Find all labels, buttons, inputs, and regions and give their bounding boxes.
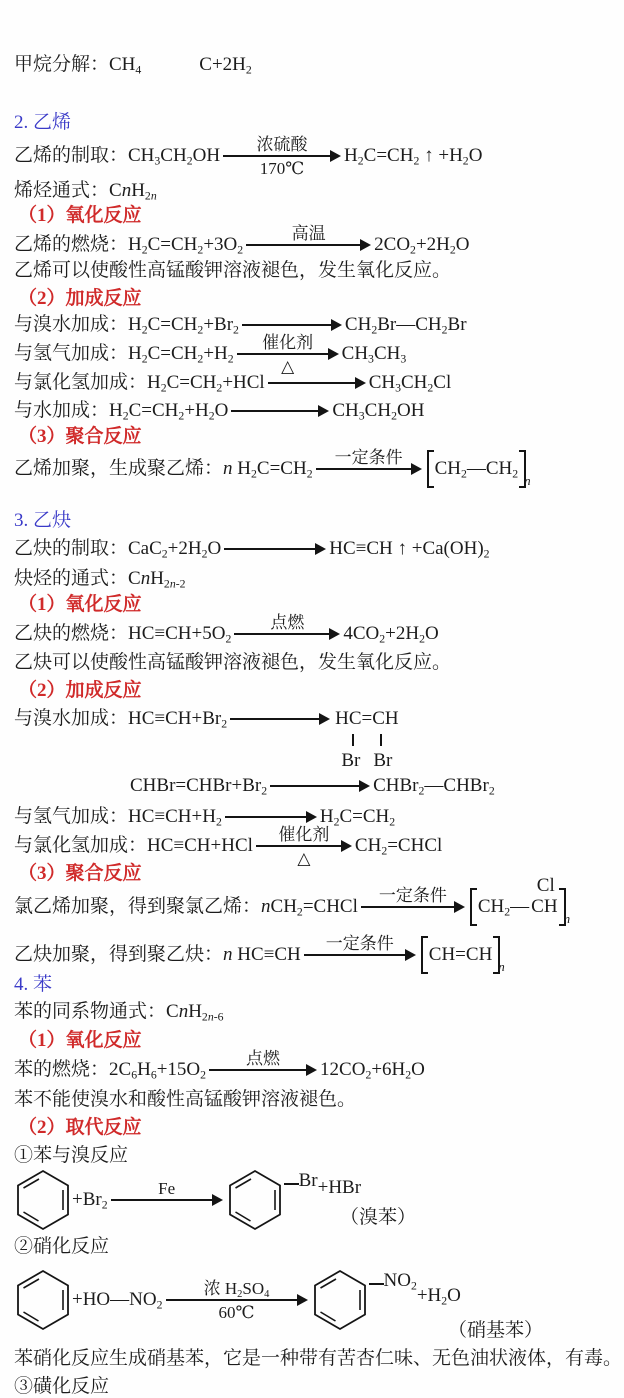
bracket-left bbox=[427, 450, 434, 488]
benzene-ring-icon bbox=[14, 1268, 72, 1332]
formula-text: CH3CH3 bbox=[342, 341, 407, 367]
arrow-condition-above: 催化剂 bbox=[278, 825, 329, 844]
arrow-condition-above: 点燃 bbox=[270, 613, 304, 632]
arrow-condition-above: 点燃 bbox=[246, 1049, 280, 1068]
formula-text: 与氢气加成：HC≡CH+H2 bbox=[14, 804, 222, 830]
line-alkyne-general-formula: 炔烃的通式：CnH2n-2 bbox=[14, 566, 186, 592]
formula-text: 甲烷分解：CH4 bbox=[14, 52, 141, 78]
bottom-atom: Br bbox=[341, 748, 360, 774]
formula-text: 乙炔的制取：CaC2+2H2O bbox=[14, 536, 221, 562]
bracket-left bbox=[421, 936, 428, 974]
reaction-arrow bbox=[270, 780, 370, 792]
line-nitrobenzene-note: 苯硝化反应生成硝基苯，它是一种带有苦杏仁味、无色油状液体，有毒。 bbox=[14, 1346, 622, 1372]
line-benzene-kmno4-note: 苯不能使溴水和酸性高锰酸钾溶液褪色。 bbox=[14, 1087, 356, 1113]
line-acetylene-combustion: 乙炔的燃烧：HC≡CH+5O2点燃4CO2+2H2O bbox=[14, 621, 439, 647]
unit-formula: CH=CH bbox=[429, 944, 493, 965]
formula-text: ①苯与溴反应 bbox=[14, 1143, 128, 1169]
arrow-shaft bbox=[225, 816, 308, 818]
arrow-head bbox=[306, 811, 317, 823]
arrow-head bbox=[454, 901, 465, 913]
unit-formula: CH2—CH2 bbox=[435, 458, 519, 479]
reaction-arrow: 一定条件 bbox=[316, 463, 422, 475]
heading-oxidation-reaction-ethylene: （1）氧化反应 bbox=[18, 203, 142, 229]
structure-dibromoethene: HC=CHBrBr bbox=[335, 706, 399, 774]
formula-text: 乙烯的燃烧：H2C=CH2+3O2 bbox=[14, 232, 243, 258]
polymer-bracket: CH2—CH2n bbox=[427, 450, 533, 488]
reaction-arrow bbox=[242, 319, 342, 331]
section-heading-text: 3. 乙炔 bbox=[14, 508, 71, 534]
formula-text: 4CO2+2H2O bbox=[343, 621, 438, 647]
line-methane-decomposition: 甲烷分解：CH4C+2H2 bbox=[14, 52, 252, 78]
line-ethylene-water-addition: 与水加成：H2C=CH2+H2OCH3CH2OH bbox=[14, 398, 424, 424]
vertical-bonds bbox=[352, 734, 382, 746]
bracket-subscript: n bbox=[498, 954, 505, 980]
arrow-condition-below: 60℃ bbox=[218, 1303, 254, 1322]
heading-polymerization-ethylene: （3）聚合反应 bbox=[18, 424, 142, 450]
line-benzene-bromination: +Br2FeBr+HBr bbox=[14, 1168, 361, 1232]
reaction-arrow: 一定条件 bbox=[361, 901, 465, 913]
arrow-shaft bbox=[234, 633, 331, 635]
formula-text: 乙炔的燃烧：HC≡CH+5O2 bbox=[14, 621, 231, 647]
line-acetylene-hcl-addition: 与氯化氢加成：HC≡CH+HCl催化剂△CH2=CHCl bbox=[14, 833, 442, 859]
arrow-condition-above: 一定条件 bbox=[335, 448, 403, 467]
line-dibromoethene-bromine-addition: CHBr=CHBr+Br2CHBr2—CHBr2 bbox=[130, 773, 495, 799]
formula-text: 与氯化氢加成：H2C=CH2+HCl bbox=[14, 370, 265, 396]
arrow-head bbox=[297, 1294, 308, 1306]
structure-top-formula: HC=CH bbox=[335, 706, 399, 732]
substituent-bond bbox=[369, 1283, 384, 1285]
heading-substitution-reaction-benzene: （2）取代反应 bbox=[18, 1115, 142, 1141]
line-polyacetylene: 乙炔加聚，得到聚乙炔：n HC≡CH一定条件CH=CHn bbox=[14, 936, 507, 974]
repeat-unit: ClCH bbox=[530, 894, 558, 920]
unit-formula: CH bbox=[531, 896, 557, 917]
line-acetylene-kmno4-note: 乙炔可以使酸性高锰酸钾溶液褪色，发生氧化反应。 bbox=[14, 650, 451, 676]
repeat-unit: CH=CH bbox=[428, 942, 494, 968]
arrow-head bbox=[306, 1064, 317, 1076]
formula-text: （溴苯） bbox=[340, 1205, 416, 1231]
arrow-head bbox=[329, 628, 340, 640]
formula-text: 苯的同系物通式：CnH2n-6 bbox=[14, 999, 224, 1025]
arrow-shaft bbox=[256, 845, 343, 847]
formula-text: 乙烯的制取：CH3CH2OH bbox=[14, 143, 220, 169]
formula-text: H2C=CH2 bbox=[320, 804, 395, 830]
arrow-shaft bbox=[270, 785, 361, 787]
benzene-ring-substituted: Br bbox=[226, 1168, 318, 1232]
heading-polymerization-acetylene: （3）聚合反应 bbox=[18, 861, 142, 887]
arrow-head bbox=[212, 1194, 223, 1206]
line-bromobenzene-label: （溴苯） bbox=[340, 1205, 416, 1231]
arrow-condition-above: 浓 H2SO4 bbox=[204, 1279, 270, 1298]
formula-text: ③磺化反应 bbox=[14, 1374, 109, 1398]
repeat-unit: CH2— bbox=[477, 894, 530, 920]
arrow-shaft bbox=[242, 324, 333, 326]
formula-text: +HBr bbox=[318, 1175, 361, 1201]
unit-formula: CH2— bbox=[478, 896, 529, 917]
arrow-head bbox=[355, 377, 366, 389]
formula-text: CH3CH2Cl bbox=[369, 370, 452, 396]
document-canvas: 甲烷分解：CH4C+2H22. 乙烯乙烯的制取：CH3CH2OH浓硫酸170℃H… bbox=[0, 0, 624, 1398]
arrow-head bbox=[318, 405, 329, 417]
section-heading-text: 2. 乙烯 bbox=[14, 110, 71, 136]
formula-text: CHBr=CHBr+Br2 bbox=[130, 773, 267, 799]
arrow-condition-above: 一定条件 bbox=[326, 934, 394, 953]
arrow-head bbox=[315, 543, 326, 555]
subheading-text: （3）聚合反应 bbox=[18, 424, 142, 450]
arrow-shaft bbox=[224, 548, 317, 550]
section-heading-text: 4. 苯 bbox=[14, 972, 52, 998]
benzene-ring-icon bbox=[226, 1168, 284, 1232]
arrow-shaft bbox=[316, 468, 413, 470]
subheading-text: （2）取代反应 bbox=[18, 1115, 142, 1141]
formula-text: 与水加成：H2C=CH2+H2O bbox=[14, 398, 228, 424]
arrow-shaft bbox=[231, 410, 320, 412]
formula-text: CH3CH2OH bbox=[332, 398, 424, 424]
reaction-arrow bbox=[230, 713, 330, 725]
pendant-group: Cl bbox=[537, 876, 555, 895]
line-acetylene-preparation: 乙炔的制取：CaC2+2H2OHC≡CH ↑ +Ca(OH)2 bbox=[14, 536, 490, 562]
formula-text: 苯硝化反应生成硝基苯，它是一种带有苦杏仁味、无色油状液体，有毒。 bbox=[14, 1346, 622, 1372]
formula-text: 苯不能使溴水和酸性高锰酸钾溶液褪色。 bbox=[14, 1087, 356, 1113]
arrow-shaft bbox=[237, 353, 330, 355]
formula-text: 乙炔可以使酸性高锰酸钾溶液褪色，发生氧化反应。 bbox=[14, 650, 451, 676]
arrow-shaft bbox=[209, 1069, 308, 1071]
line-alkene-general-formula: 烯烃通式：CnH2n bbox=[14, 178, 157, 204]
subheading-text: （2）加成反应 bbox=[18, 286, 142, 312]
heading-oxidation-reaction-acetylene: （1）氧化反应 bbox=[18, 592, 142, 618]
line-ethylene-combustion: 乙烯的燃烧：H2C=CH2+3O2高温2CO2+2H2O bbox=[14, 232, 470, 258]
arrow-head bbox=[331, 319, 342, 331]
reaction-arrow: 点燃 bbox=[209, 1064, 317, 1076]
pendant-label: Cl bbox=[537, 875, 555, 896]
arrow-head bbox=[319, 713, 330, 725]
arrow-head bbox=[359, 780, 370, 792]
arrow-shaft bbox=[246, 244, 362, 246]
formula-text: 与氢气加成：H2C=CH2+H2 bbox=[14, 341, 234, 367]
formula-text: 烯烃通式：CnH2n bbox=[14, 178, 157, 204]
formula-text: 氯乙烯加聚，得到聚氯乙烯：nCH2=CHCl bbox=[14, 894, 358, 920]
arrow-shaft bbox=[230, 718, 321, 720]
line-nitrobenzene-label: （硝基苯） bbox=[448, 1318, 543, 1344]
line-ethylene-hydrogen-addition: 与氢气加成：H2C=CH2+H2催化剂△CH3CH3 bbox=[14, 341, 406, 367]
reaction-arrow bbox=[231, 405, 329, 417]
arrow-shaft bbox=[166, 1299, 299, 1301]
formula-text: HC≡CH ↑ +Ca(OH)2 bbox=[329, 536, 489, 562]
formula-text: CHBr2—CHBr2 bbox=[373, 773, 495, 799]
heading-addition-reaction-acetylene: （2）加成反应 bbox=[18, 678, 142, 704]
reaction-arrow: Fe bbox=[111, 1194, 223, 1206]
heading-section-3-acetylene: 3. 乙炔 bbox=[14, 508, 71, 534]
reaction-arrow: 一定条件 bbox=[304, 949, 416, 961]
bracket-subscript: n bbox=[524, 468, 531, 494]
substituent-label: NO2 bbox=[384, 1271, 417, 1291]
bond-bar bbox=[380, 734, 382, 746]
formula-text: 与氯化氢加成：HC≡CH+HCl bbox=[14, 833, 253, 859]
arrow-head bbox=[405, 949, 416, 961]
arrow-condition-above: 催化剂 bbox=[262, 333, 313, 352]
benzene-ring bbox=[14, 1268, 72, 1332]
line-benzene-bromine-label: ①苯与溴反应 bbox=[14, 1143, 128, 1169]
arrow-condition-above: 一定条件 bbox=[379, 886, 447, 905]
heading-section-4-benzene: 4. 苯 bbox=[14, 972, 52, 998]
line-ethylene-preparation: 乙烯的制取：CH3CH2OH浓硫酸170℃H2C=CH2 ↑ +H2O bbox=[14, 143, 482, 169]
reaction-arrow: 点燃 bbox=[234, 628, 340, 640]
line-benzene-homolog-formula: 苯的同系物通式：CnH2n-6 bbox=[14, 999, 224, 1025]
line-benzene-nitration: +HO—NO2浓 H2SO460℃NO2+H2O bbox=[14, 1268, 461, 1332]
line-ethylene-bromine-addition: 与溴水加成：H2C=CH2+Br2CH2Br—CH2Br bbox=[14, 312, 467, 338]
formula-text: 12CO2+6H2O bbox=[320, 1057, 425, 1083]
formula-text: 乙烯可以使酸性高锰酸钾溶液褪色，发生氧化反应。 bbox=[14, 258, 451, 284]
reaction-arrow: 浓 H2SO460℃ bbox=[166, 1294, 308, 1306]
arrow-head bbox=[341, 840, 352, 852]
formula-text: H2C=CH2 ↑ +H2O bbox=[344, 143, 482, 169]
arrow-head bbox=[411, 463, 422, 475]
line-pvc-polymerization: 氯乙烯加聚，得到聚氯乙烯：nCH2=CHCl一定条件CH2—ClCHn bbox=[14, 888, 572, 926]
formula-text: +Br2 bbox=[72, 1187, 108, 1213]
arrow-condition-above: 高温 bbox=[292, 224, 326, 243]
benzene-ring-icon bbox=[311, 1268, 369, 1332]
arrow-shaft bbox=[361, 906, 456, 908]
substituent-bond bbox=[284, 1183, 299, 1185]
subheading-text: （1）氧化反应 bbox=[18, 203, 142, 229]
formula-text: 乙烯加聚，生成聚乙烯：n H2C=CH2 bbox=[14, 456, 313, 482]
subheading-text: （2）加成反应 bbox=[18, 678, 142, 704]
reaction-arrow: 催化剂△ bbox=[237, 348, 339, 360]
line-acetylene-bromine-addition: 与溴水加成：HC≡CH+Br2HC=CHBrBr bbox=[14, 706, 399, 774]
polymer-bracket: CH2—ClCHn bbox=[470, 888, 572, 926]
substituent-label: Br bbox=[299, 1171, 318, 1191]
polymer-bracket: CH=CHn bbox=[421, 936, 507, 974]
arrow-shaft bbox=[111, 1199, 214, 1201]
arrow-head bbox=[328, 348, 339, 360]
reaction-arrow bbox=[225, 811, 317, 823]
bracket-left bbox=[470, 888, 477, 926]
subheading-text: （1）氧化反应 bbox=[18, 592, 142, 618]
line-acetylene-hydrogen-addition: 与氢气加成：HC≡CH+H2H2C=CH2 bbox=[14, 804, 395, 830]
formula-text: +H2O bbox=[417, 1283, 461, 1309]
arrow-condition-above: Fe bbox=[158, 1179, 175, 1198]
arrow-condition-below: 170℃ bbox=[260, 159, 305, 178]
subheading-text: （3）聚合反应 bbox=[18, 861, 142, 887]
arrow-head bbox=[330, 150, 341, 162]
formula-text: 2CO2+2H2O bbox=[374, 232, 469, 258]
benzene-ring bbox=[14, 1168, 72, 1232]
arrow-shaft bbox=[223, 155, 332, 157]
line-sulfonation-label: ③磺化反应 bbox=[14, 1374, 109, 1398]
line-nitration-label: ②硝化反应 bbox=[14, 1234, 109, 1260]
bracket-subscript: n bbox=[564, 906, 571, 932]
structure-bottom-atoms: BrBr bbox=[341, 748, 392, 774]
line-ethylene-kmno4-note: 乙烯可以使酸性高锰酸钾溶液褪色，发生氧化反应。 bbox=[14, 258, 451, 284]
formula-text: +HO—NO2 bbox=[72, 1287, 163, 1313]
reaction-arrow: 浓硫酸170℃ bbox=[223, 150, 341, 162]
formula-text: ②硝化反应 bbox=[14, 1234, 109, 1260]
reaction-arrow: 催化剂△ bbox=[256, 840, 352, 852]
heading-section-2-ethylene: 2. 乙烯 bbox=[14, 110, 71, 136]
arrow-shaft bbox=[304, 954, 407, 956]
heading-oxidation-reaction-benzene: （1）氧化反应 bbox=[18, 1028, 142, 1054]
arrow-condition-below: △ bbox=[297, 849, 310, 868]
reaction-arrow: 高温 bbox=[246, 239, 371, 251]
arrow-shaft bbox=[268, 382, 357, 384]
reaction-arrow bbox=[268, 377, 366, 389]
formula-text: C+2H2 bbox=[199, 52, 252, 78]
formula-text: 炔烃的通式：CnH2n-2 bbox=[14, 566, 186, 592]
formula-text: （硝基苯） bbox=[448, 1318, 543, 1344]
formula-text: CH2=CHCl bbox=[355, 833, 442, 859]
formula-text: 苯的燃烧：2C6H6+15O2 bbox=[14, 1057, 206, 1083]
benzene-ring-icon bbox=[14, 1168, 72, 1232]
bond-bar bbox=[352, 734, 354, 746]
arrow-head bbox=[360, 239, 371, 251]
heading-addition-reaction-ethylene: （2）加成反应 bbox=[18, 286, 142, 312]
bottom-atom: Br bbox=[373, 748, 392, 774]
line-polyethylene: 乙烯加聚，生成聚乙烯：n H2C=CH2一定条件CH2—CH2n bbox=[14, 450, 533, 488]
formula-text: 与溴水加成：HC≡CH+Br2 bbox=[14, 706, 227, 732]
repeat-unit: CH2—CH2 bbox=[434, 456, 520, 482]
subheading-text: （1）氧化反应 bbox=[18, 1028, 142, 1054]
formula-text: 乙炔加聚，得到聚乙炔：n HC≡CH bbox=[14, 942, 301, 968]
formula-text: 与溴水加成：H2C=CH2+Br2 bbox=[14, 312, 239, 338]
reaction-arrow bbox=[224, 543, 326, 555]
spacer bbox=[141, 65, 199, 66]
formula-text: CH2Br—CH2Br bbox=[345, 312, 467, 338]
line-ethylene-hcl-addition: 与氯化氢加成：H2C=CH2+HClCH3CH2Cl bbox=[14, 370, 451, 396]
benzene-ring-substituted: NO2 bbox=[311, 1268, 417, 1332]
arrow-condition-above: 浓硫酸 bbox=[257, 135, 308, 154]
line-benzene-combustion: 苯的燃烧：2C6H6+15O2点燃12CO2+6H2O bbox=[14, 1057, 425, 1083]
